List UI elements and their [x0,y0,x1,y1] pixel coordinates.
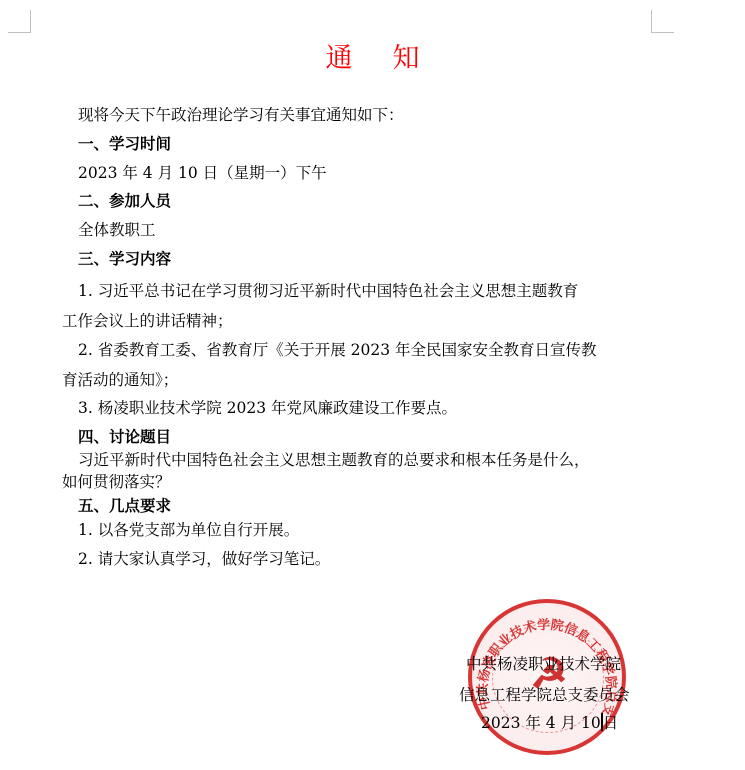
section-3-item-2-line-2: 育活动的通知》； [62,370,178,390]
section-3-item-1-line-2: 工作会议上的讲话精神； [62,311,233,331]
section-3-item-3: 3. 杨凌职业技术学院 2023 年党风廉政建设工作要点。 [78,398,457,418]
section-2-text: 全体教职工 [78,220,156,240]
title-char-2: 知 [393,43,420,74]
signature-org-line-1: 中共杨凌职业技术学院 [466,652,621,674]
section-4-text-line-2: 如何贯彻落实？ [62,472,171,492]
margin-corner-mark-top-left [8,10,31,33]
signature-date-suffix: 日 [603,714,619,732]
section-1-heading: 一、学习时间 [78,134,171,154]
signature-date-prefix: 2023 年 4 月 10 [481,714,601,732]
document-title: 通知 [0,36,745,75]
section-3-item-2-line-1: 2. 省委教育工委、省教育厅《关于开展 2023 年全民国家安全教育日宣传教 [78,340,597,360]
section-2-heading: 二、参加人员 [78,191,171,211]
section-4-text-line-1: 习近平新时代中国特色社会主义思想主题教育的总要求和根本任务是什么， [78,450,590,470]
section-5-heading: 五、几点要求 [78,496,171,516]
intro-paragraph: 现将今天下午政治理论学习有关事宜通知如下： [78,105,404,125]
section-5-item-2: 2. 请大家认真学习，做好学习笔记。 [78,549,330,569]
section-3-item-1-line-1: 1. 习近平总书记在学习贯彻习近平新时代中国特色社会主义思想主题教育 [78,281,578,301]
signature-date: 2023 年 4 月 10日 [481,711,618,733]
signature-org-line-2: 信息工程学院总支委员会 [459,683,630,705]
title-char-1: 通 [326,43,353,74]
section-1-text: 2023 年 4 月 10 日（星期一）下午 [78,163,327,183]
section-3-heading: 三、学习内容 [78,249,171,269]
section-5-item-1: 1. 以各党支部为单位自行开展。 [78,520,299,540]
margin-corner-mark-top-right [651,10,674,33]
section-4-heading: 四、讨论题目 [78,427,171,447]
